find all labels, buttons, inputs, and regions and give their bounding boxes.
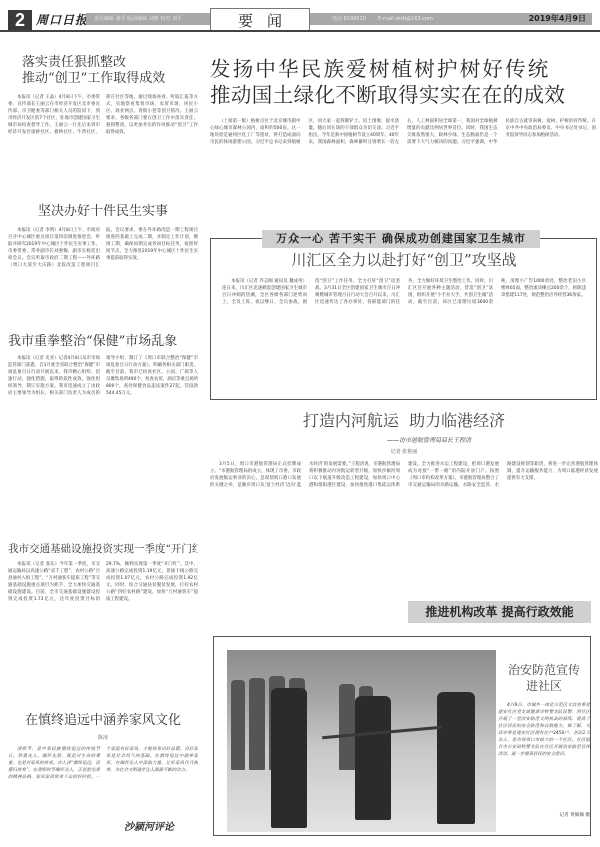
article-inland-shipping: 打造内河航运 助力临港经济 ——访市港航管理局局长王程清 记者 张艳丽 3月5日…	[210, 410, 598, 600]
section-title: 要闻	[210, 8, 310, 32]
column-signature: 沙颍河评论	[124, 818, 174, 833]
email-address: E-mail zkrb@163.com	[378, 13, 433, 25]
caption-headline: 治安防范宣传	[498, 662, 590, 678]
campaign-slogan: 万众一心 苦干实干 确保成功创建国家卫生城市	[262, 230, 540, 248]
article-body: 本报讯（记者 李明）4月8日上午，市政府召开中心城区重点项目第四次调度推进会，听…	[8, 227, 198, 322]
caption-body: 4月8日，市城乡一体化示范区文昌办事处建安社区党支部邀请市特警支队民警，到社区开…	[498, 702, 590, 810]
article-livelihood: 坚决办好十件民生实事 本报讯（记者 李明）4月8日上午，市政府召开中心城区重点项…	[8, 203, 198, 325]
article-headline: 我市交通基础设施投资实现一季度“开门红”	[8, 541, 198, 557]
article-transport-investment: 我市交通基础设施投资实现一季度“开门红” 本报讯（记者 张东）今年第一季度，市交…	[8, 541, 198, 701]
photo-caption: 治安防范宣传 进社区 4月8日，市城乡一体化示范区文昌办事处建安社区党支部邀请市…	[498, 662, 590, 832]
phone-number: 电话 8199510	[332, 13, 366, 25]
caption-headline: 进社区	[498, 678, 590, 694]
article-chuanhui: 川汇区全力以赴打好“创卫”攻坚战 本报讯（记者 乔志刚 通讯员 魏成男）连日来，…	[214, 250, 594, 396]
article-subtitle: ——访市港航管理局局长王程清	[210, 435, 598, 444]
reform-banner: 推进机构改革 提高行政效能	[408, 601, 591, 623]
article-rectification: 落实责任狠抓整改 推动“创卫”工作取得成效 本报讯（记者 王晶）4月8日下午，市…	[8, 55, 198, 200]
issue-date: 2019年4月9日	[529, 13, 586, 25]
article-author: 陈凌	[8, 734, 198, 741]
article-headline: 落实责任狠抓整改	[8, 55, 198, 71]
paper-name-logo: 周口日报	[36, 11, 88, 28]
lead-headline-line2: 推动国土绿化不断取得实实在在的成效	[210, 82, 596, 108]
article-headline: 我市重拳整治“保健”市场乱象	[8, 333, 198, 351]
lead-article: 发扬中华民族爱树植树护树好传统 推动国土绿化不断取得实实在在的成效 （上接第一版…	[210, 56, 596, 216]
lead-article-body: （上接第一版）植树点位于北京城市副中心绿心城市森林公园内，面积约500亩。这一地…	[210, 118, 596, 216]
police-drill-photo	[227, 650, 496, 832]
article-byline: 记者 张艳丽	[210, 448, 598, 455]
article-headline: 坚决办好十件民生实事	[8, 203, 198, 221]
page-number: 2	[8, 10, 32, 30]
article-body: 本报讯（记者 乔志刚 通讯员 魏成男）连日来，川汇区迅速掀起创建国家卫生城市百日…	[214, 278, 594, 394]
photo-credit: 记者 黄佩佩 摄	[498, 812, 590, 818]
masthead-divider	[0, 30, 600, 32]
contact-bar: 电话 8199510 E-mail zkrb@163.com 2019年4月9日	[310, 13, 592, 25]
article-body: 3月5日，周口市港航管理局正式挂牌成立。“市港航管理局的成立，体现了市委、市政府…	[210, 461, 598, 596]
article-body: 本报讯（记者 史青）记者4月8日从市市场监管部门获悉，自1月底全省联合整治“保健…	[8, 355, 198, 530]
article-health-products: 我市重拳整治“保健”市场乱象 本报讯（记者 史青）记者4月8日从市市场监管部门获…	[8, 333, 198, 533]
masthead: 2 周口日报 责任编辑 潘乐 版面编辑 刘静 校对 刘平 要闻 电话 81995…	[0, 0, 600, 32]
article-headline: 推动“创卫”工作取得成效	[8, 71, 198, 87]
article-body: 本报讯（记者 张东）今年第一季度，市交通运输局以高速公路“双千工程”、农村公路“…	[8, 561, 198, 696]
editor-credits-bar: 责任编辑 潘乐 版面编辑 刘静 校对 刘平	[86, 13, 210, 25]
lead-headline-line1: 发扬中华民族爱树植树护树好传统	[210, 56, 596, 82]
article-body: 本报讯（记者 王晶）4月8日下午，市委常委、宣传部长王丽云在市经济开发区及市委宣…	[8, 94, 198, 194]
article-headline: 打造内河航运 助力临港经济	[210, 410, 598, 432]
article-headline: 川汇区全力以赴打好“创卫”攻坚战	[214, 250, 594, 270]
article-headline: 在慎终追远中涵养家风文化	[8, 712, 198, 730]
